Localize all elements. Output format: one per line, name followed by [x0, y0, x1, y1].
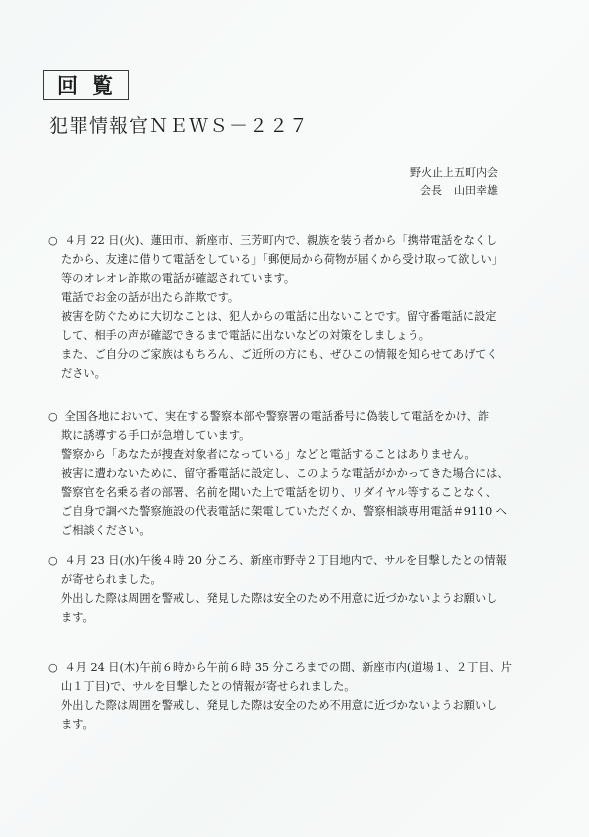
paragraph-line: ださい。 — [48, 364, 568, 383]
paragraph-line: ます。 — [48, 715, 568, 734]
line-text: ４月 23 日(水)午後４時 20 分ころ、新座市野寺２丁目地内で、サルを目撃し… — [61, 554, 507, 567]
sender-organization: 野火止上五町内会 — [410, 164, 498, 182]
paragraph-line: 山１丁目)で、サルを目撃したとの情報が寄せられました。 — [48, 677, 568, 696]
circle-bullet-icon: ○ — [48, 231, 61, 250]
paragraph-line: また、ご自分のご家族はもちろん、ご近所の方にも、ぜひこの情報を知らせてあげてく — [48, 345, 568, 364]
paragraph-line: 被害を防ぐために大切なことは、犯人からの電話に出ないことです。留守番電話に設定 — [48, 307, 568, 326]
paragraph-line: 欺に誘導する手口が急増しています。 — [48, 426, 568, 445]
circle-bullet-icon: ○ — [48, 407, 61, 426]
notice-section-police-impersonation: ○ 全国各地において、実在する警察本部や警察署の電話番号に偽装して電話をかけ、詐… — [48, 407, 568, 540]
paragraph-line: ○ ４月 24 日(木)午前６時から午前６時 35 分ころまでの間、新座市内(道… — [48, 658, 568, 677]
paragraph-line: ○ 全国各地において、実在する警察本部や警察署の電話番号に偽装して電話をかけ、詐 — [48, 407, 568, 426]
paragraph-line: して、相手の声が確認できるまで電話に出ないなどの対策をしましょう。 — [48, 326, 568, 345]
paragraph-line: 外出した際は周囲を警戒し、発見した際は安全のため不用意に近づかないようお願いし — [48, 696, 568, 715]
notice-section-fraud-calls: ○ ４月 22 日(火)、蓮田市、新座市、三芳町内で、親族を装う者から「携帯電話… — [48, 231, 568, 383]
paragraph-line: ○ ４月 22 日(火)、蓮田市、新座市、三芳町内で、親族を装う者から「携帯電話… — [48, 231, 568, 250]
paragraph-line: が寄せられました。 — [48, 570, 568, 589]
paragraph-line: 警察官を名乗る者の部署、名前を聞いた上で電話を切り、リダイヤル等することなく、 — [48, 483, 568, 502]
paragraph-line: ○ ４月 23 日(水)午後４時 20 分ころ、新座市野寺２丁目地内で、サルを目… — [48, 551, 568, 570]
paragraph-line: ご自身で調べた警察施設の代表電話に架電していただくか、警察相談専用電話＃9110… — [48, 502, 568, 521]
paragraph-line: 電話でお金の話が出たら詐欺です。 — [48, 288, 568, 307]
circle-bullet-icon: ○ — [48, 658, 61, 677]
sender-name: 山田幸雄 — [454, 184, 498, 197]
sender-line: 会長山田幸雄 — [410, 182, 498, 200]
document-title: 犯罪情報官ＮＥＷＳ－２２７ — [49, 111, 309, 138]
line-text: ４月 22 日(火)、蓮田市、新座市、三芳町内で、親族を装う者から「携帯電話をな… — [61, 234, 497, 247]
paragraph-line: 警察から「あなたが捜査対象者になっている」などと電話することはありません。 — [48, 445, 568, 464]
sender-role: 会長 — [420, 184, 442, 197]
line-text: ４月 24 日(木)午前６時から午前６時 35 分ころまでの間、新座市内(道場１… — [61, 661, 512, 674]
paragraph-line: 被害に遭わないために、留守番電話に設定し、このような電話がかかってきた場合には、 — [48, 464, 568, 483]
paragraph-line: ご相談ください。 — [48, 521, 568, 540]
line-text: 全国各地において、実在する警察本部や警察署の電話番号に偽装して電話をかけ、詐 — [61, 410, 489, 423]
kairan-stamp-box: 回覧 — [43, 70, 129, 100]
circle-bullet-icon: ○ — [48, 551, 61, 570]
paragraph-line: 外出した際は周囲を警戒し、発見した際は安全のため不用意に近づかないようお願いし — [48, 589, 568, 608]
paragraph-line: たから、友達に借りて電話をしている」「郵便局から荷物が届くから受け取って欲しい」 — [48, 250, 568, 269]
paragraph-line: 等のオレオレ詐欺の電話が確認されています。 — [48, 269, 568, 288]
kairan-label: 回覧 — [57, 70, 127, 100]
paragraph-line: ます。 — [48, 608, 568, 627]
document-page: 回覧 犯罪情報官ＮＥＷＳ－２２７ 野火止上五町内会 会長山田幸雄 ○ ４月 22… — [0, 0, 589, 837]
sender-block: 野火止上五町内会 会長山田幸雄 — [410, 164, 498, 200]
notice-section-monkey-sighting-2: ○ ４月 24 日(木)午前６時から午前６時 35 分ころまでの間、新座市内(道… — [48, 658, 568, 734]
notice-section-monkey-sighting-1: ○ ４月 23 日(水)午後４時 20 分ころ、新座市野寺２丁目地内で、サルを目… — [48, 551, 568, 627]
